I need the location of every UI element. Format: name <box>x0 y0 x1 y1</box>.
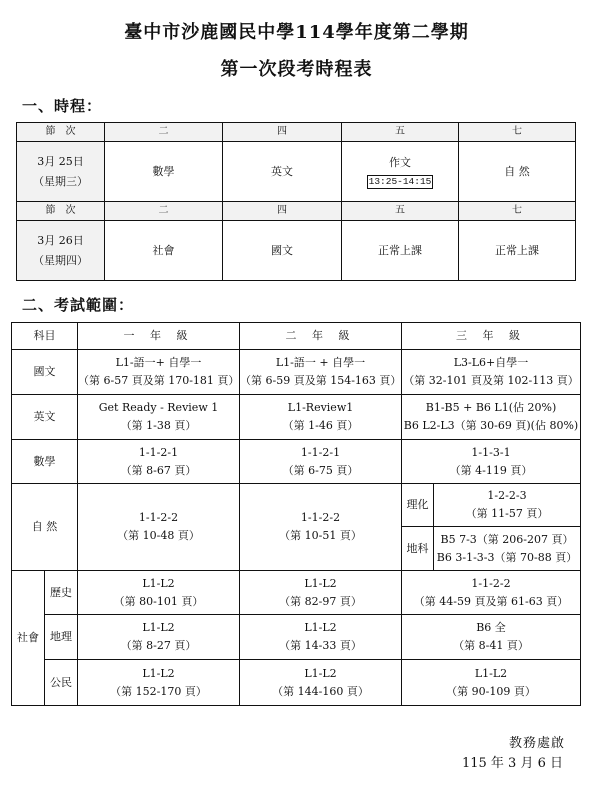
section-heading-exam-range: 二、考試範圍： <box>22 294 134 315</box>
period-7: 七 <box>459 202 576 221</box>
range-line: L1-L2 <box>402 665 580 683</box>
range-cell-g3: B6 全 （第 8-41 頁） <box>402 615 581 660</box>
range-row-social-history: 社會 歷史 L1-L2 （第 80-101 頁） L1-L2 （第 82-97 … <box>12 571 581 615</box>
range-cell-g2: 1-1-2-2 （第 10-51 頁） <box>240 484 402 571</box>
range-pages: （第 90-109 頁） <box>402 683 580 701</box>
sub-subject-label: 地科 <box>402 527 434 571</box>
range-pages: （第 152-170 頁） <box>78 683 239 701</box>
sub-subject-label: 地理 <box>45 615 78 660</box>
document-title: 臺中市沙鹿國民中學114學年度第二學期 <box>0 18 593 44</box>
subject-label: 數學 <box>12 440 78 484</box>
range-cell-g2: 1-1-2-1 （第 6-75 頁） <box>240 440 402 484</box>
sub-subject-label: 歷史 <box>45 571 78 615</box>
range-pages: （第 8-27 頁） <box>78 637 239 655</box>
schedule-table: 節 次 二 四 五 七 3月 25日 （星期三） 數學 英文 作文 13:25-… <box>16 122 576 281</box>
day-weekday: （星期四） <box>17 251 104 271</box>
range-line: 1-1-2-1 <box>240 444 401 462</box>
range-pages: （第 44-59 頁及第 61-63 頁） <box>402 593 580 611</box>
day-date-cell: 3月 25日 （星期三） <box>17 142 105 202</box>
range-cell-g3: B1-B5 + B6 L1(佔 20%) B6 L2-L3（第 30-69 頁)… <box>402 395 581 440</box>
range-cell-g1: L1-L2 （第 152-170 頁） <box>78 660 240 706</box>
subject-cell: 自 然 <box>459 142 576 202</box>
range-cell-g1: L1-L2 （第 80-101 頁） <box>78 571 240 615</box>
range-line: L1-L2 <box>78 619 239 637</box>
range-cell-g1: L1-L2 （第 8-27 頁） <box>78 615 240 660</box>
range-line: 1-1-3-1 <box>402 444 580 462</box>
range-line: L1-語一+ 自學一 <box>78 354 239 372</box>
period-label: 節 次 <box>17 123 105 142</box>
range-line: L1-L2 <box>240 619 401 637</box>
range-cell-g3: L1-L2 （第 90-109 頁） <box>402 660 581 706</box>
period-2: 二 <box>105 202 223 221</box>
range-cell-g3: L3-L6+自學一 （第 32-101 頁及第 102-113 頁） <box>402 350 581 395</box>
range-line: L1-Review1 <box>240 399 401 417</box>
range-cell-g3: 1-1-3-1 （第 4-119 頁） <box>402 440 581 484</box>
range-pages: （第 14-33 頁） <box>240 637 401 655</box>
range-cell-g1: 1-1-2-2 （第 10-48 頁） <box>78 484 240 571</box>
range-line: 1-1-2-2 <box>402 575 580 593</box>
range-cell-g1: L1-語一+ 自學一 （第 6-57 頁及第 170-181 頁） <box>78 350 240 395</box>
range-line: 1-1-2-2 <box>240 509 401 527</box>
range-line: L1-L2 <box>78 665 239 683</box>
range-line: L1-L2 <box>240 665 401 683</box>
issue-date: 115 年 3 月 6 日 <box>462 752 563 771</box>
range-cell-g2: L1-Review1 （第 1-46 頁） <box>240 395 402 440</box>
subject-label: 國文 <box>12 350 78 395</box>
subject-cell: 正常上課 <box>342 221 459 281</box>
range-cell-g2: L1-L2 （第 144-160 頁） <box>240 660 402 706</box>
range-line: L1-L2 <box>78 575 239 593</box>
day-date: 3月 26日 <box>17 231 104 251</box>
range-pages: （第 1-46 頁） <box>240 417 401 435</box>
sub-subject-label: 公民 <box>45 660 78 706</box>
range-row-social-civics: 公民 L1-L2 （第 152-170 頁） L1-L2 （第 144-160 … <box>12 660 581 706</box>
subject-label: 英文 <box>12 395 78 440</box>
range-line: B6 3-1-3-3（第 70-88 頁） <box>434 549 580 567</box>
range-pages: （第 1-38 頁） <box>78 417 239 435</box>
day-weekday: （星期三） <box>17 172 104 192</box>
range-line: 1-1-2-2 <box>78 509 239 527</box>
header-grade-1: 一 年 級 <box>78 323 240 350</box>
range-pages: （第 32-101 頁及第 102-113 頁） <box>402 372 580 390</box>
subject-label: 自 然 <box>12 484 78 571</box>
header-grade-2: 二 年 級 <box>240 323 402 350</box>
range-pages: （第 8-41 頁） <box>402 637 580 655</box>
schedule-header-row: 節 次 二 四 五 七 <box>17 202 576 221</box>
period-label: 節 次 <box>17 202 105 221</box>
range-line: 1-1-2-1 <box>78 444 239 462</box>
day-date: 3月 25日 <box>17 152 104 172</box>
range-pages: （第 10-51 頁） <box>240 527 401 545</box>
range-pages: （第 8-67 頁） <box>78 462 239 480</box>
range-line: L1-語一 + 自學一 <box>240 354 401 372</box>
range-header-row: 科目 一 年 級 二 年 級 三 年 級 <box>12 323 581 350</box>
subject-cell: 國文 <box>223 221 342 281</box>
subject-cell: 社會 <box>105 221 223 281</box>
subject-cell: 正常上課 <box>459 221 576 281</box>
period-2: 二 <box>105 123 223 142</box>
range-line: B5 7-3（第 206-207 頁） <box>434 531 580 549</box>
schedule-day-row: 3月 25日 （星期三） 數學 英文 作文 13:25-14:15 自 然 <box>17 142 576 202</box>
header-grade-3: 三 年 級 <box>402 323 581 350</box>
range-line: B6 全 <box>402 619 580 637</box>
range-cell-g2: L1-語一 + 自學一 （第 6-59 頁及第 154-163 頁） <box>240 350 402 395</box>
range-line: 1-2-2-3 <box>434 487 580 505</box>
range-pages: （第 80-101 頁） <box>78 593 239 611</box>
exam-range-table: 科目 一 年 級 二 年 級 三 年 級 國文 L1-語一+ 自學一 （第 6-… <box>11 322 581 706</box>
period-7: 七 <box>459 123 576 142</box>
period-5: 五 <box>342 123 459 142</box>
range-cell-g3: 1-1-2-2 （第 44-59 頁及第 61-63 頁） <box>402 571 581 615</box>
range-pages: （第 11-57 頁） <box>434 505 580 523</box>
range-line: L3-L6+自學一 <box>402 354 580 372</box>
range-cell-g2: L1-L2 （第 82-97 頁） <box>240 571 402 615</box>
issuer-signature: 教務處啟 <box>509 732 565 751</box>
time-note: 13:25-14:15 <box>367 175 434 189</box>
range-pages: （第 144-160 頁） <box>240 683 401 701</box>
range-cell-g1: 1-1-2-1 （第 8-67 頁） <box>78 440 240 484</box>
range-pages: （第 10-48 頁） <box>78 527 239 545</box>
range-pages: （第 82-97 頁） <box>240 593 401 611</box>
range-pages: （第 6-57 頁及第 170-181 頁） <box>78 372 239 390</box>
range-line: Get Ready - Review 1 <box>78 399 239 417</box>
section-heading-schedule: 一、時程： <box>22 95 102 116</box>
schedule-day-row: 3月 26日 （星期四） 社會 國文 正常上課 正常上課 <box>17 221 576 281</box>
range-cell-g3: 1-2-2-3 （第 11-57 頁） <box>434 484 581 527</box>
day-date-cell: 3月 26日 （星期四） <box>17 221 105 281</box>
subject-cell: 英文 <box>223 142 342 202</box>
subject-label: 社會 <box>12 571 45 706</box>
range-cell-g3: B5 7-3（第 206-207 頁） B6 3-1-3-3（第 70-88 頁… <box>434 527 581 571</box>
range-cell-g2: L1-L2 （第 14-33 頁） <box>240 615 402 660</box>
period-4: 四 <box>223 123 342 142</box>
subject-name: 作文 <box>342 154 458 172</box>
range-row-math: 數學 1-1-2-1 （第 8-67 頁） 1-1-2-1 （第 6-75 頁）… <box>12 440 581 484</box>
document-subtitle: 第一次段考時程表 <box>0 55 593 81</box>
header-subject: 科目 <box>12 323 78 350</box>
range-pages: B6 L2-L3（第 30-69 頁)(佔 80%) <box>402 417 580 435</box>
subject-cell: 作文 13:25-14:15 <box>342 142 459 202</box>
schedule-header-row: 節 次 二 四 五 七 <box>17 123 576 142</box>
range-cell-g1: Get Ready - Review 1 （第 1-38 頁） <box>78 395 240 440</box>
range-row-english: 英文 Get Ready - Review 1 （第 1-38 頁） L1-Re… <box>12 395 581 440</box>
range-row-chinese: 國文 L1-語一+ 自學一 （第 6-57 頁及第 170-181 頁） L1-… <box>12 350 581 395</box>
range-line: B1-B5 + B6 L1(佔 20%) <box>402 399 580 417</box>
range-row-social-geography: 地理 L1-L2 （第 8-27 頁） L1-L2 （第 14-33 頁） B6… <box>12 615 581 660</box>
period-5: 五 <box>342 202 459 221</box>
range-pages: （第 4-119 頁） <box>402 462 580 480</box>
subject-cell: 數學 <box>105 142 223 202</box>
period-4: 四 <box>223 202 342 221</box>
sub-subject-label: 理化 <box>402 484 434 527</box>
range-pages: （第 6-75 頁） <box>240 462 401 480</box>
range-row-science: 自 然 1-1-2-2 （第 10-48 頁） 1-1-2-2 （第 10-51… <box>12 484 581 527</box>
range-line: L1-L2 <box>240 575 401 593</box>
range-pages: （第 6-59 頁及第 154-163 頁） <box>240 372 401 390</box>
